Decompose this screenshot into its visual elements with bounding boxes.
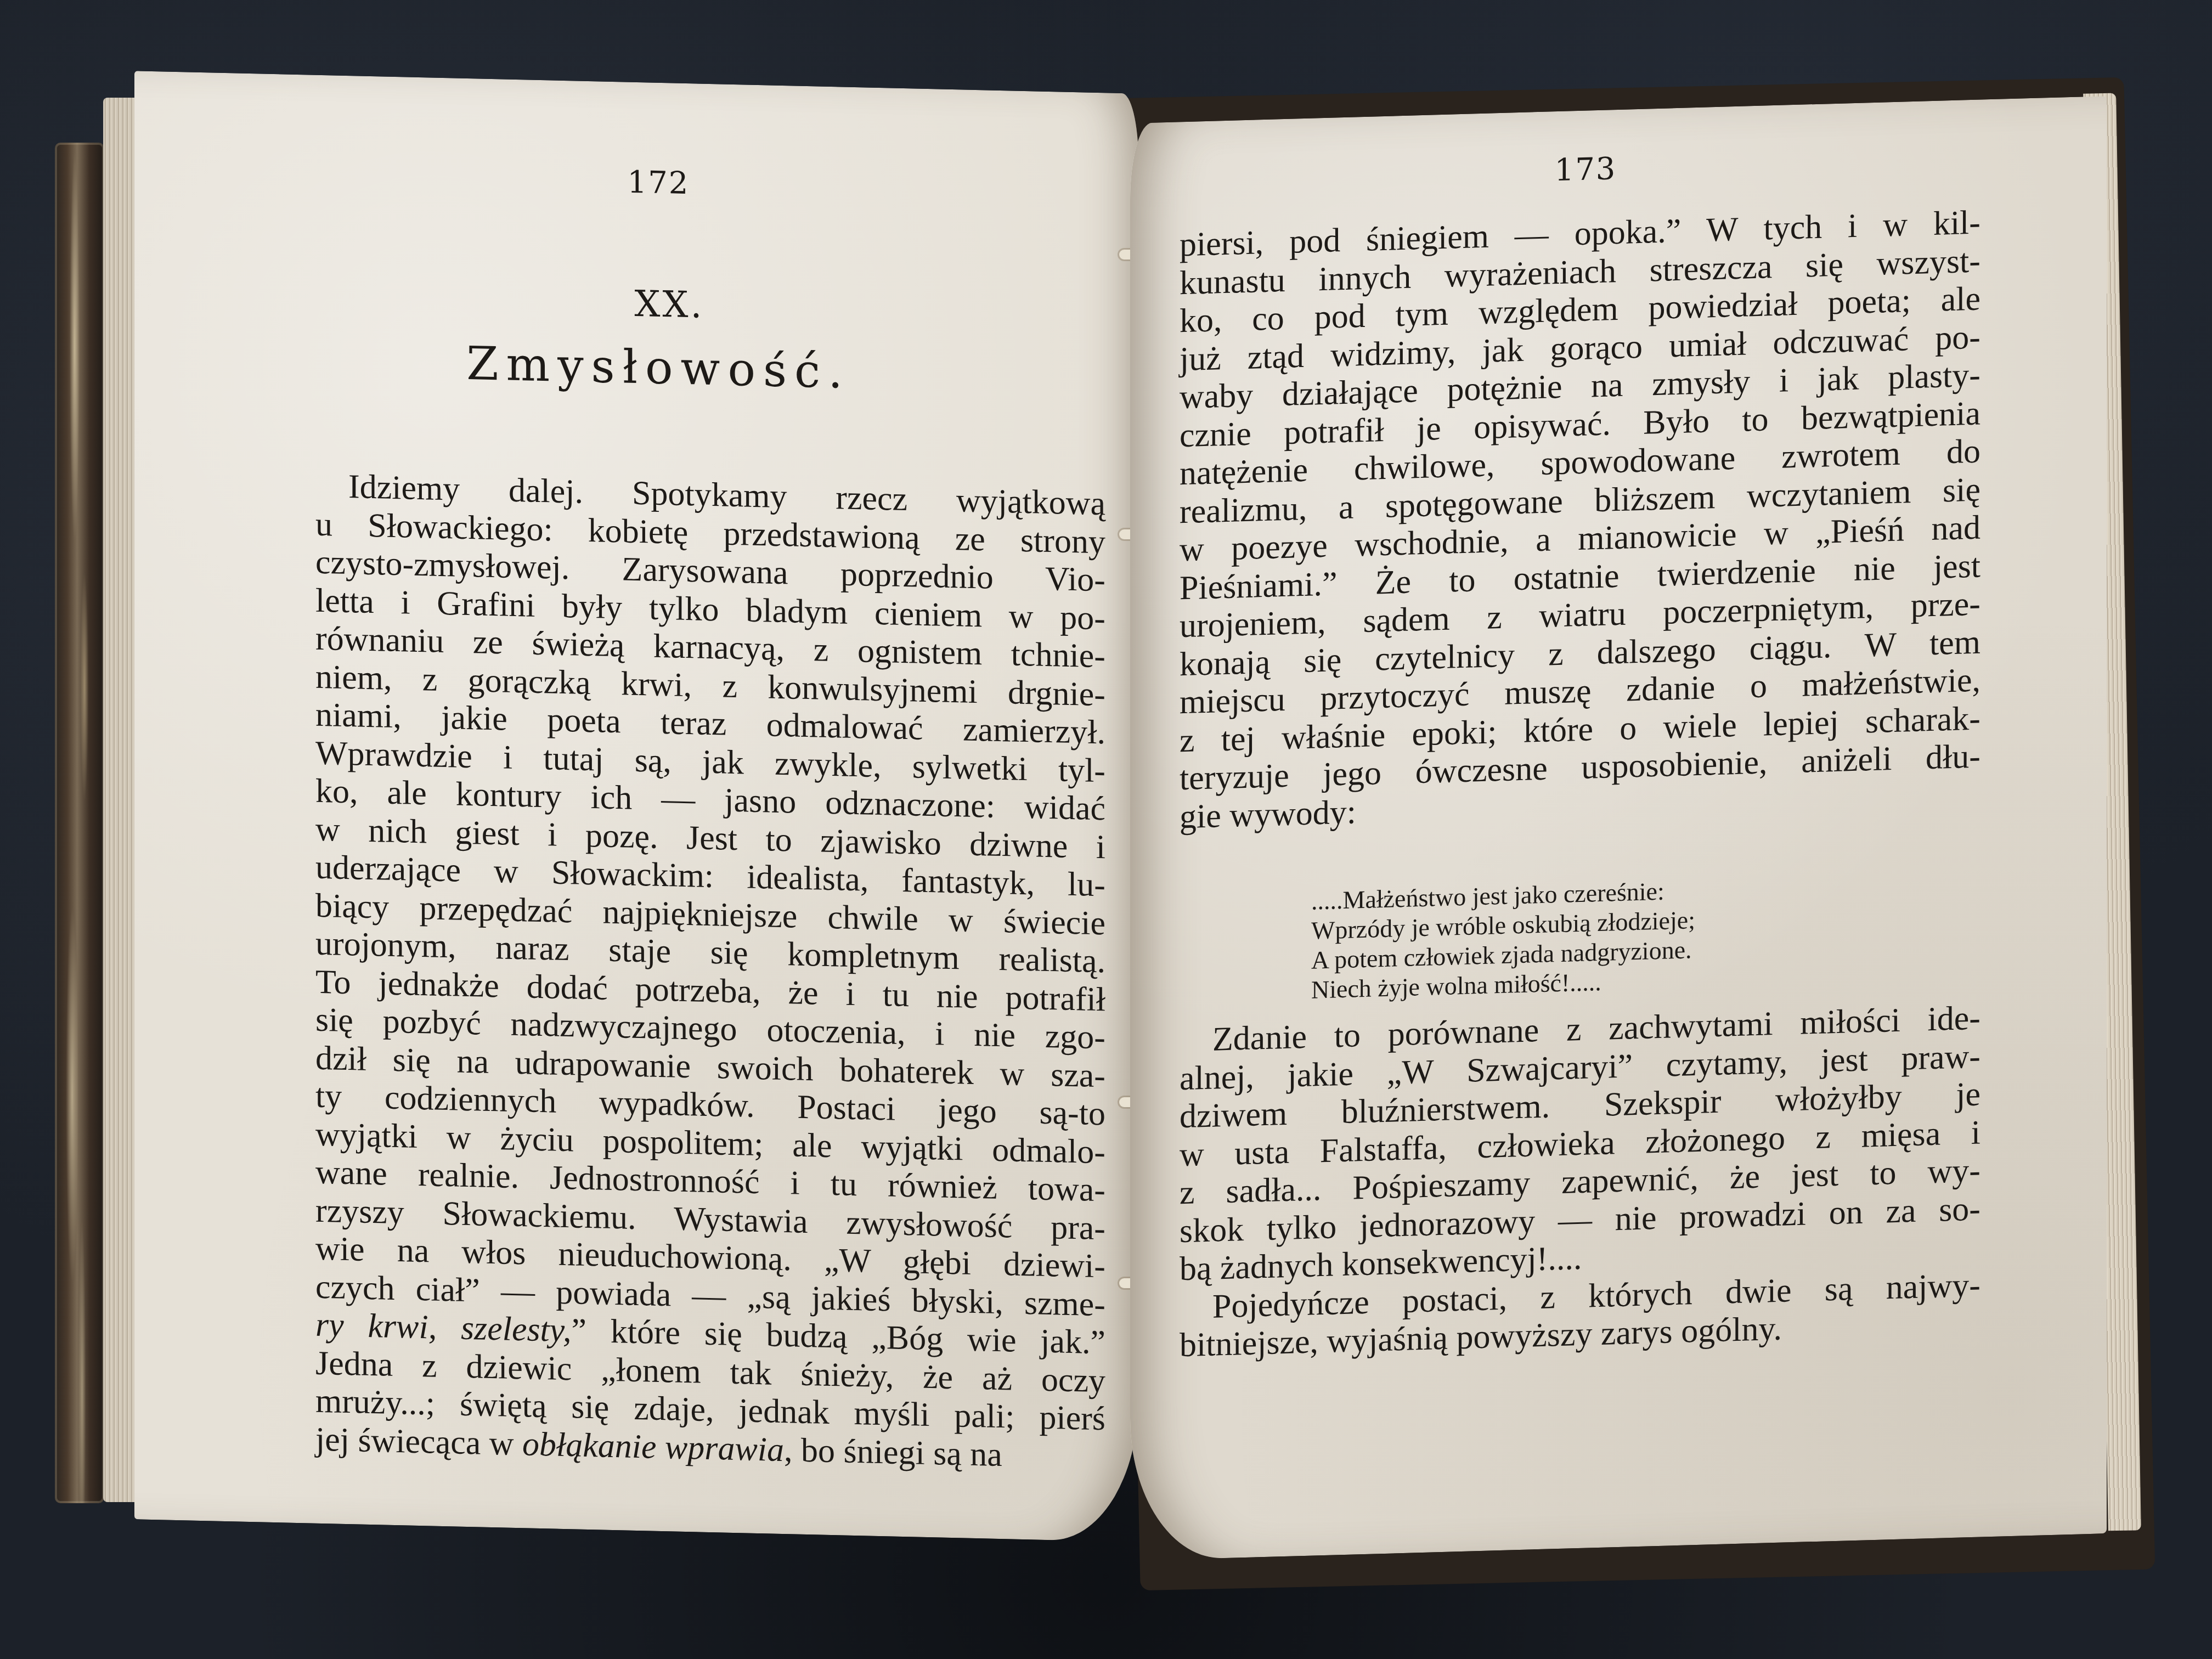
text-fragment: , bo śniegi są na <box>784 1431 1002 1474</box>
chapter-title: Zmysłowość. <box>134 329 1138 405</box>
right-page: 173 piersi, pod śniegiem — opoka.” W tyc… <box>1130 96 2107 1561</box>
photo-scene: 172 XX. Zmysłowość. Idziemy dalej. Spoty… <box>0 0 2212 1659</box>
chapter-number: XX. <box>134 271 1138 336</box>
right-page-body: piersi, pod śniegiem — opoka.” W tych i … <box>1180 204 1980 837</box>
page-number-left: 172 <box>156 154 1138 212</box>
right-page-body-continued: Zdanie to porównane z zachwytami miłości… <box>1180 1000 1980 1365</box>
poem-quote: .....Małżeństwo jest jako czereśnie: Wpr… <box>1311 871 1860 1005</box>
italic-phrase: ry krwi, szelesty, <box>315 1306 571 1350</box>
left-page-body: Idziemy dalej. Spotykamy rzecz wyjątkową… <box>315 467 1105 1477</box>
book-spine <box>55 143 104 1503</box>
text-fragment: jej świecąca w <box>315 1420 522 1463</box>
italic-phrase: obłąkanie wprawia <box>522 1425 784 1469</box>
page-number-right: 173 <box>1130 138 2074 201</box>
left-page: 172 XX. Zmysłowość. Idziemy dalej. Spoty… <box>134 71 1138 1542</box>
